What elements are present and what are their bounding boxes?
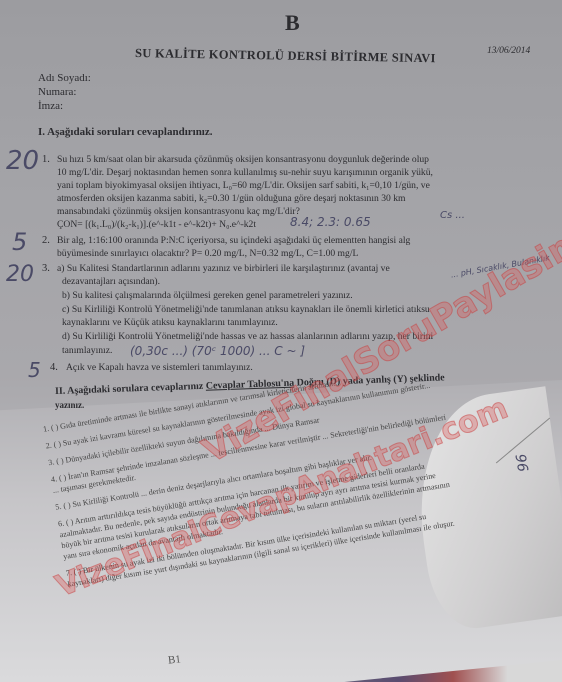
q3-line: kaynaklarını ve Küçük atıksu kaynakların… (62, 316, 278, 329)
q3-line: dezavantajları açısından). (62, 275, 160, 288)
q1-line: mansabındaki çözünmüş oksijen konsantras… (57, 205, 300, 218)
q3-answer-note: (0,30c ...) (70ᶜ 1000) ... C ~ ] (130, 344, 305, 358)
q4-score-handwritten: 5 (28, 358, 41, 382)
exam-title: SU KALİTE KONTROLÜ DERSİ BİTİRME SINAVI (135, 46, 436, 66)
q1-number: 1. (42, 153, 50, 166)
q3-line: a) Su Kalitesi Standartlarının adlarını … (57, 262, 390, 275)
q4-line: Açık ve Kapalı havza ve sistemleri tanım… (66, 361, 253, 374)
number-field-label: Numara: (38, 86, 76, 98)
q3-line: tanımlayınız. (62, 344, 112, 357)
q3-score-handwritten: 20 (6, 262, 34, 287)
q1-line: yani toplam biyokimyasal oksijen ihtiyac… (57, 179, 430, 192)
section1-heading: I. Aşağıdaki soruları cevaplandırınız. (38, 126, 213, 138)
q2-score-handwritten: 5 (12, 228, 27, 256)
exam-version-letter: B (285, 10, 300, 36)
q1-score-handwritten: 20 (6, 146, 39, 176)
exam-date: 13/06/2014 (487, 46, 530, 56)
q3-number: 3. (42, 262, 50, 275)
page-number: B1 (167, 653, 181, 666)
q3-line: c) Su Kirliliği Kontrolü Yönetmeliği'nde… (62, 303, 430, 316)
q2-line: büyümesinde sınırlayıcı olacaktır? P= 0.… (57, 247, 358, 260)
q1-formula: ÇON= [(k₁.L₀)/(k₂-k₁)].(e^-k1t - e^-k2t)… (57, 218, 256, 231)
signature-field-label: İmza: (38, 100, 63, 112)
q1-side-note: Cs ... (440, 210, 465, 221)
fold-note: 96 (511, 453, 530, 473)
q1-line: 10 mg/L'dir. Deşarj noktasından hemen so… (57, 166, 433, 179)
q2-line: Bir alg, 1:16:100 oranında P:N:C içeriyo… (57, 234, 410, 247)
q1-answer-note: 8.4; 2.3: 0.65 (290, 215, 371, 229)
q4-number: 4. (50, 361, 58, 374)
q1-line: atmosferden oksijen kazanma sabiti, k₂=0… (57, 192, 405, 205)
q3-line: b) Su kalitesi çalışmalarında ölçülmesi … (62, 289, 353, 302)
name-field-label: Adı Soyadı: (38, 72, 91, 84)
exam-paper-photo: B SU KALİTE KONTROLÜ DERSİ BİTİRME SINAV… (0, 0, 562, 682)
q1-line: Su hızı 5 km/saat olan bir akarsuda çözü… (57, 153, 429, 166)
q2-number: 2. (42, 234, 50, 247)
